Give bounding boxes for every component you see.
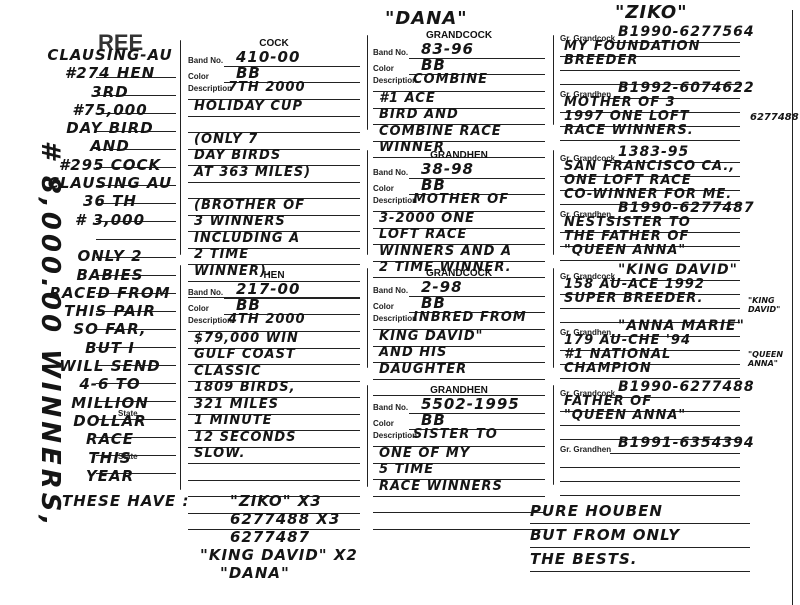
gr-grandhen-band: B1991-6354394: [618, 436, 755, 451]
description-line: 7TH 2000: [228, 80, 306, 95]
bottom-right-note: PURE HOUBENBUT FROM ONLYTHE BESTS.: [530, 500, 750, 572]
ruled-line: [373, 515, 545, 530]
description-line: RACE WINNERS: [379, 479, 503, 494]
band-number-label: Band No.: [373, 286, 408, 295]
description-line: INCLUDING A: [194, 231, 300, 246]
gr-grandcock-band: "KING DAVID": [618, 263, 738, 278]
band-number-label: Band No.: [373, 168, 408, 177]
cock-bracket: [180, 40, 181, 255]
description-line: ONE OF MY: [379, 446, 470, 461]
gh1-bracket: [367, 150, 368, 255]
side-note-king-david: "KING DAVID": [748, 296, 793, 314]
description-line: 4TH 2000: [228, 312, 306, 327]
gr-description-line: SUPER BREEDER.: [564, 291, 703, 306]
description-line: 3 WINNERS: [194, 214, 286, 229]
gr-bracket-4: [553, 385, 554, 485]
description-line: DAY BIRDS: [194, 148, 281, 163]
gr-description-line: #1 NATIONAL: [564, 347, 671, 362]
description-line: 2 TIME: [194, 247, 249, 262]
state-label-1: State: [118, 409, 138, 418]
gr-description-line: 179 AU-CHE '94: [564, 333, 691, 348]
gr-description-line: "QUEEN ANNA": [564, 243, 686, 258]
bottom-note-line: "KING DAVID" x2: [200, 546, 358, 564]
description-line: GULF COAST: [194, 347, 296, 362]
gr-description-line: MY FOUNDATION: [564, 39, 701, 54]
description-line: 12 SECONDS: [194, 430, 297, 445]
gr-description-line: NESTSISTER TO: [564, 215, 691, 230]
vertical-note: # 8,000.00 WINNERS,: [35, 135, 65, 535]
gr-description-line: THE FATHER OF: [564, 229, 689, 244]
gr-description-line: 1997 ONE LOFT: [564, 109, 690, 124]
color-value-label: Color: [373, 419, 394, 428]
gr-description-line: ONE LOFT RACE: [564, 173, 692, 188]
band-number-label: Band No.: [373, 403, 408, 412]
gr-bracket-1: [553, 35, 554, 125]
description-line: INBRED FROM: [413, 310, 527, 325]
gr-bracket-3: [553, 268, 554, 368]
gr-bracket-2: [553, 150, 554, 255]
side-note-queen-anna: "QUEEN ANNA": [748, 350, 793, 368]
bottom-note-line: 6277488 x3: [230, 510, 358, 528]
band-number-label: Band No.: [188, 288, 223, 297]
description-line: WINNERS AND A: [379, 244, 512, 259]
description-line: COMBINE: [413, 72, 488, 87]
description-line: CLASSIC: [194, 364, 262, 379]
bottom-right-line: BUT FROM ONLY: [530, 524, 750, 548]
left-note-line: CLAUSING-AU: [30, 46, 190, 64]
gr-grandhen-label: Gr. Grandhen: [560, 445, 611, 454]
description-line: 321 MILES: [194, 397, 279, 412]
description-line: AT 363 MILES): [194, 165, 311, 180]
these-have-label: THESE HAVE :: [62, 492, 190, 510]
description-line: DAUGHTER: [379, 362, 467, 377]
gr-description-line: BREEDER: [564, 53, 638, 68]
gr-description-line: 158 AU-ACE 1992: [564, 277, 705, 292]
band-number-label: Band No.: [373, 48, 408, 57]
color-value-label: Color: [373, 64, 394, 73]
dana-nickname: "DANA": [385, 8, 468, 29]
ruled-line: [560, 483, 740, 496]
description-line: LOFT RACE: [379, 227, 467, 242]
bottom-note-line: "DANA": [220, 564, 358, 582]
ruled-line: [560, 455, 740, 468]
description-line: 5 TIME: [379, 462, 434, 477]
gr-grandhen-band: B1992-6074622: [618, 81, 755, 96]
left-note-line: #274 HEN: [30, 64, 190, 82]
hen-bracket: [180, 265, 181, 490]
band-number-label: Band No.: [188, 56, 223, 65]
state-label-2: State: [118, 452, 138, 461]
description-line: #1 ACE: [379, 91, 436, 106]
side-note-6277488: 6277488: [750, 112, 799, 123]
gc1-bracket: [367, 35, 368, 130]
description-line: $79,000 WIN: [194, 331, 299, 346]
description-line: COMBINE RACE: [379, 124, 502, 139]
description-line: AND HIS: [379, 345, 447, 360]
description-line: 1 MINUTE: [194, 413, 273, 428]
gr-grandhen-band: B1990-6277487: [618, 201, 755, 216]
bottom-note-line: 6277487: [230, 528, 358, 546]
color-value-label: Color: [373, 184, 394, 193]
gr-description-line: CHAMPION: [564, 361, 652, 376]
color-value-label: Color: [373, 302, 394, 311]
ziko-nickname: "ZIKO": [615, 2, 688, 23]
gr-description-line: MOTHER OF 3: [564, 95, 676, 110]
gr-grandcock-band: B1990-6277564: [618, 25, 755, 40]
ruled-line: [188, 466, 360, 481]
description-line: SLOW.: [194, 446, 245, 461]
bottom-notes: "ZIKO" x36277488 x36277487"KING DAVID" x…: [230, 492, 358, 582]
gr-description-line: "QUEEN ANNA": [564, 408, 686, 423]
description-line: MOTHER OF: [413, 192, 509, 207]
left-note-line: 3RD: [30, 83, 190, 101]
ruled-line: [373, 498, 545, 513]
description-line: (BROTHER OF: [194, 198, 305, 213]
gr-description-line: SAN FRANCISCO CA.,: [564, 159, 735, 174]
gr-grandcock-band: 1383-95: [618, 145, 689, 160]
gr-grandcock-band: B1990-6277488: [618, 380, 755, 395]
description-line: BIRD AND: [379, 107, 459, 122]
description-line: 3-2000 ONE: [379, 211, 475, 226]
ruled-line: [560, 469, 740, 482]
description-line: HOLIDAY CUP: [194, 99, 303, 114]
color-value-label: Color: [188, 304, 209, 313]
gr-description-line: FATHER OF: [564, 394, 652, 409]
color-value-label: Color: [188, 72, 209, 81]
gr-description-line: RACE WINNERS.: [564, 123, 694, 138]
description-line: 1809 BIRDS,: [194, 380, 296, 395]
description-line: KING DAVID": [379, 329, 483, 344]
bottom-right-line: THE BESTS.: [530, 548, 750, 572]
description-line: (ONLY 7: [194, 132, 258, 147]
gh2-bracket: [367, 385, 368, 487]
gr-grandhen-band: "ANNA MARIE": [618, 319, 745, 334]
gc2-bracket: [367, 268, 368, 368]
description-line: SISTER TO: [413, 427, 498, 442]
left-note-line: #75,000: [30, 101, 190, 119]
bottom-right-line: PURE HOUBEN: [530, 500, 750, 524]
bottom-note-line: "ZIKO" x3: [230, 492, 358, 510]
